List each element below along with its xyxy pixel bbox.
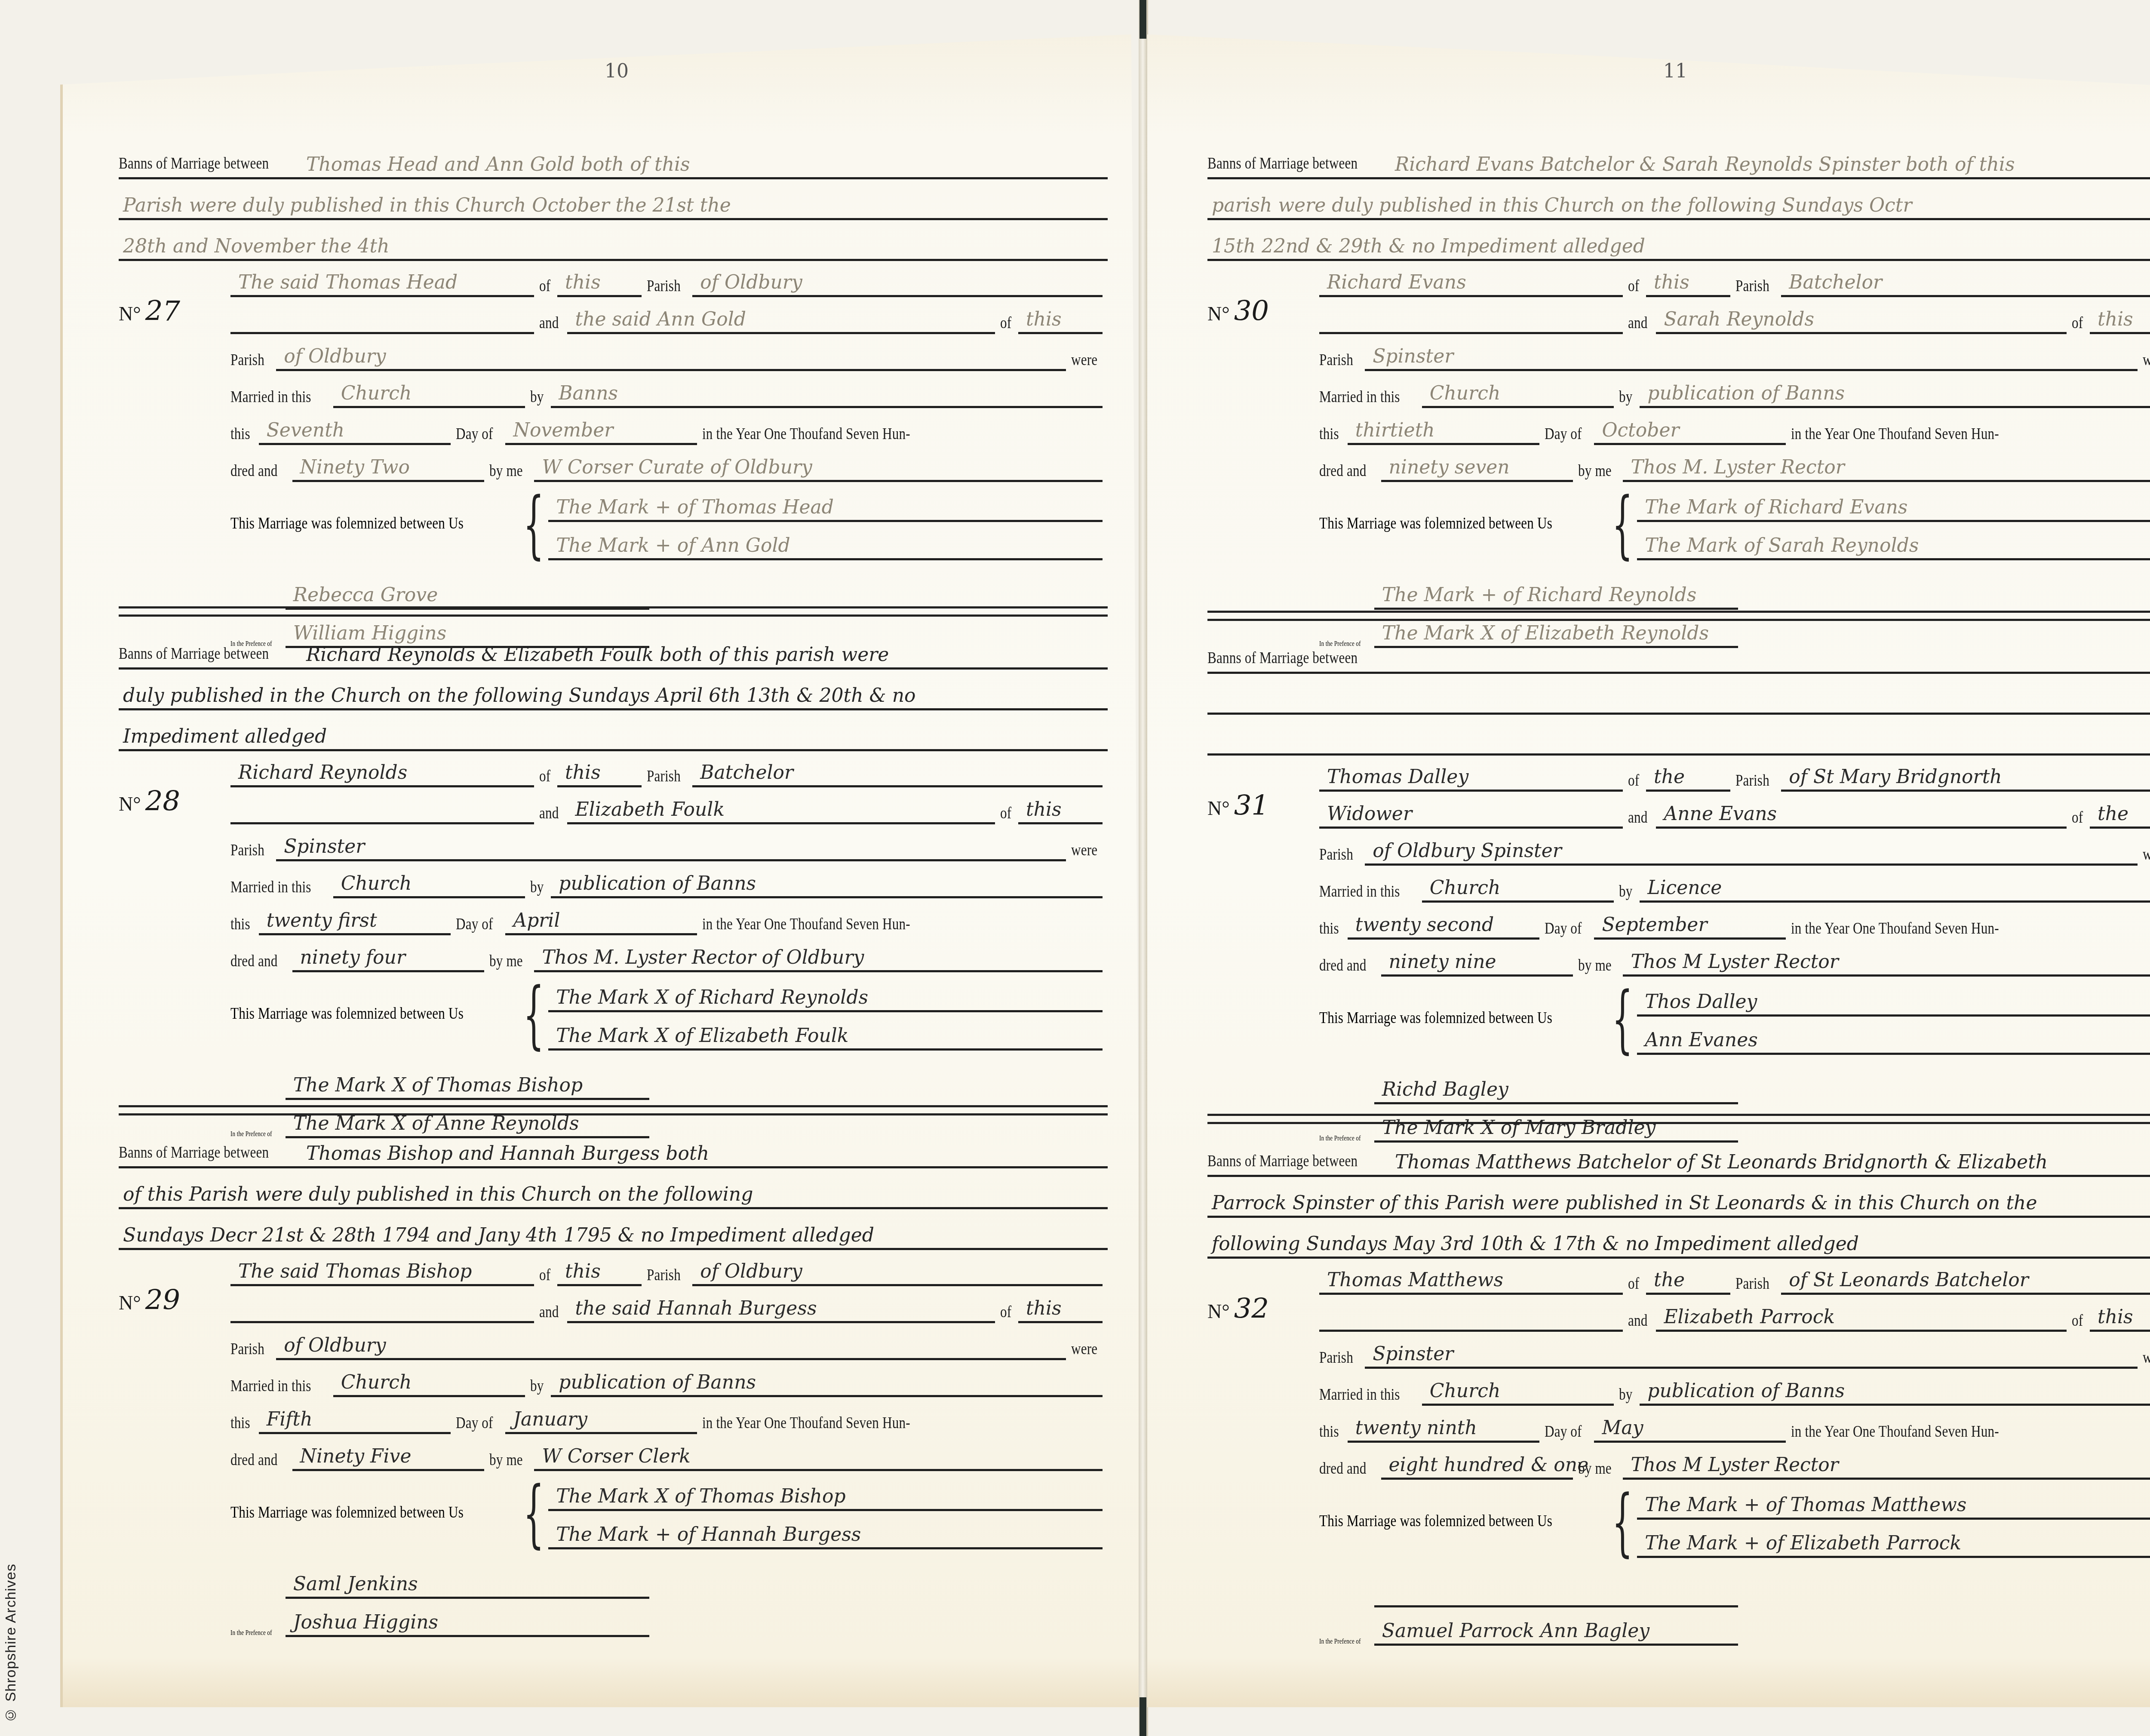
- banns-label: Banns of Marriage between: [119, 154, 273, 175]
- witness-signature: Joshua Higgins: [286, 1601, 649, 1637]
- marriage-month: January: [505, 1408, 697, 1434]
- witness-signature: [1374, 1572, 1738, 1607]
- groom-name: Richard Reynolds: [230, 762, 534, 787]
- entry-number: N°28: [119, 786, 180, 817]
- party-signature: The Mark of Sarah Reynolds: [1637, 525, 2150, 560]
- banns-section: Banns of Marriage between Thomas Head an…: [119, 138, 1108, 261]
- marriage-day: Fifth: [259, 1408, 451, 1434]
- left-page: 10 Banns of Marriage between Thomas Head…: [60, 34, 1142, 1707]
- groom-status: [230, 820, 534, 824]
- marriage-method: publication of Banns: [551, 873, 1103, 898]
- party-signature: Thos Dalley: [1637, 981, 2150, 1017]
- groom-status: [1319, 330, 1623, 334]
- groom-parish: of Oldbury: [692, 1260, 1103, 1286]
- groom-parish: Batchelor: [1781, 271, 2150, 297]
- witness-signature: Samuel Parrock Ann Bagley: [1374, 1610, 1738, 1646]
- marriage-year: Ninety Two: [292, 456, 484, 482]
- folio-number: 10: [605, 60, 629, 82]
- party-signature: The Mark X of Elizabeth Foulk: [548, 1015, 1103, 1051]
- marriage-entry: Banns of Marriage between Richard Evans …: [1207, 116, 2150, 651]
- party-signature: The Mark + of Thomas Head: [548, 486, 1103, 522]
- entry-number: N°32: [1207, 1293, 1269, 1325]
- groom-parish: Batchelor: [692, 762, 1103, 787]
- party-signature: The Mark + of Thomas Matthews: [1637, 1484, 2150, 1520]
- marriage-method: publication of Banns: [551, 1371, 1103, 1397]
- party-signature: The Mark X of Thomas Bishop: [548, 1475, 1103, 1511]
- banns-section: Banns of Marriage between Richard Evans …: [1207, 138, 2150, 261]
- marriage-entry: Banns of Marriage between N°31 Thomas Da…: [1207, 611, 2150, 1145]
- bride-name: Elizabeth Foulk: [567, 799, 995, 824]
- folio-number: 11: [1663, 60, 1687, 82]
- entry-divider: [1207, 619, 2150, 621]
- groom-name: The said Thomas Head: [230, 271, 534, 297]
- banns-label: Banns of Marriage between: [119, 644, 273, 666]
- marriage-year: ninety seven: [1381, 456, 1573, 482]
- bride-parish: of Oldbury: [276, 345, 1066, 371]
- party-signature: The Mark X of Richard Reynolds: [548, 977, 1103, 1012]
- groom-status: [230, 1319, 534, 1323]
- witness-signature: Richd Bagley: [1374, 1069, 1738, 1104]
- party-signature: The Mark of Richard Evans: [1637, 486, 2150, 522]
- officiant: Thos M. Lyster Rector of Oldbury: [534, 946, 1103, 972]
- marriage-entry: Banns of Marriage between Thomas Matthew…: [1207, 1114, 2150, 1648]
- marriage-year: ninety nine: [1381, 951, 1573, 977]
- marriage-month: October: [1594, 419, 1786, 445]
- marriage-place: Church: [1422, 382, 1614, 408]
- marriage-day: twenty first: [259, 909, 451, 935]
- banns-section: Banns of Marriage between Richard Reynol…: [119, 629, 1108, 751]
- entry-number: N°31: [1207, 790, 1269, 822]
- marriage-method: publication of Banns: [1640, 382, 2150, 408]
- marriage-day: twenty ninth: [1348, 1417, 1539, 1443]
- brace-icon: {: [1612, 488, 1633, 561]
- brace-icon: {: [1612, 983, 1633, 1056]
- bride-parish: Spinster: [276, 836, 1066, 861]
- banns-label: Banns of Marriage between: [1207, 648, 1361, 670]
- brace-icon: {: [523, 488, 544, 561]
- banns-text: Thomas Head and Ann Gold both of this: [306, 154, 690, 175]
- marriage-method: publication of Banns: [1640, 1380, 2150, 1406]
- witness-signature: Saml Jenkins: [286, 1563, 649, 1599]
- book-gutter: [1139, 0, 1148, 1736]
- banns-text: Thomas Matthews Batchelor of St Leonards…: [1395, 1151, 2048, 1173]
- banns-section: Banns of Marriage between Thomas Matthew…: [1207, 1136, 2150, 1259]
- marriage-place: Church: [333, 873, 525, 898]
- marriage-year: eight hundred & one: [1381, 1454, 1573, 1480]
- marriage-day: twenty second: [1348, 914, 1539, 940]
- entry-divider: [119, 1105, 1108, 1107]
- banns-label: Banns of Marriage between: [119, 1143, 273, 1165]
- entry-number: N°29: [119, 1284, 180, 1316]
- binding-tab: [1139, 1697, 1146, 1736]
- groom-status: [1319, 1328, 1623, 1332]
- bride-parish: Spinster: [1365, 345, 2138, 371]
- marriage-place: Church: [1422, 1380, 1614, 1406]
- banns-section: Banns of Marriage between Thomas Bishop …: [119, 1128, 1108, 1250]
- groom-parish: of St Mary Bridgnorth: [1781, 766, 2150, 792]
- bride-name: the said Hannah Burgess: [567, 1297, 995, 1323]
- marriage-entry: Banns of Marriage between Thomas Head an…: [119, 116, 1108, 651]
- banns-section: Banns of Marriage between: [1207, 633, 2150, 756]
- party-signature: The Mark + of Hannah Burgess: [548, 1514, 1103, 1549]
- brace-icon: {: [1612, 1486, 1633, 1559]
- brace-icon: {: [523, 1477, 544, 1550]
- marriage-month: May: [1594, 1417, 1786, 1443]
- marriage-day: Seventh: [259, 419, 451, 445]
- marriage-day: thirtieth: [1348, 419, 1539, 445]
- officiant: Thos M Lyster Rector: [1623, 1454, 2150, 1480]
- bride-name: Sarah Reynolds: [1656, 308, 2066, 334]
- entry-divider: [1207, 1122, 2150, 1124]
- banns-text: Thomas Bishop and Hannah Burgess both: [306, 1143, 709, 1165]
- marriage-year: Ninety Five: [292, 1445, 484, 1471]
- marriage-entry: Banns of Marriage between Thomas Bishop …: [119, 1105, 1108, 1640]
- entry-number: N°30: [1207, 295, 1269, 327]
- bride-name: Elizabeth Parrock: [1656, 1306, 2066, 1332]
- groom-status: Widower: [1319, 803, 1623, 829]
- banns-text: Parish were duly published in this Churc…: [123, 194, 731, 216]
- banns-label: Banns of Marriage between: [1207, 154, 1361, 175]
- officiant: W Corser Clerk: [534, 1445, 1103, 1471]
- marriage-month: November: [505, 419, 697, 445]
- bride-parish: of Oldbury: [276, 1334, 1066, 1360]
- bride-name: the said Ann Gold: [567, 308, 995, 334]
- entry-divider: [119, 606, 1108, 608]
- groom-name: Thomas Dalley: [1319, 766, 1623, 792]
- party-signature: The Mark + of Elizabeth Parrock: [1637, 1522, 2150, 1558]
- officiant: Thos M Lyster Rector: [1623, 951, 2150, 977]
- groom-name: The said Thomas Bishop: [230, 1260, 534, 1286]
- banns-text: Richard Evans Batchelor & Sarah Reynolds…: [1395, 154, 2015, 175]
- officiant: Thos M. Lyster Rector: [1623, 456, 2150, 482]
- binding-tab: [1139, 0, 1146, 39]
- entry-number: N°27: [119, 295, 180, 327]
- officiant: W Corser Curate of Oldbury: [534, 456, 1103, 482]
- witness-signature: The Mark + of Richard Reynolds: [1374, 574, 1738, 610]
- marriage-year: ninety four: [292, 946, 484, 972]
- groom-name: Richard Evans: [1319, 271, 1623, 297]
- groom-status: [230, 330, 534, 334]
- marriage-method: Licence: [1640, 877, 2150, 903]
- bride-parish: of Oldbury Spinster: [1365, 840, 2138, 866]
- groom-parish: of St Leonards Batchelor: [1781, 1269, 2150, 1295]
- party-signature: The Mark + of Ann Gold: [548, 525, 1103, 560]
- entry-divider: [1207, 1114, 2150, 1116]
- banns-text: Richard Reynolds & Elizabeth Foulk both …: [306, 644, 889, 666]
- entry-divider: [119, 1113, 1108, 1115]
- banns-text: of this Parish were duly published in th…: [123, 1183, 753, 1205]
- banns-text: Parrock Spinster of this Parish were pub…: [1212, 1192, 2037, 1214]
- bride-name: Anne Evans: [1656, 803, 2066, 829]
- marriage-entry: Banns of Marriage between Richard Reynol…: [119, 606, 1108, 1141]
- groom-parish: of Oldbury: [692, 271, 1103, 297]
- copyright-credit: © Shropshire Archives: [3, 1564, 19, 1723]
- marriage-place: Church: [1422, 877, 1614, 903]
- witness-signature: Rebecca Grove: [286, 574, 649, 610]
- groom-name: Thomas Matthews: [1319, 1269, 1623, 1295]
- entry-divider: [119, 615, 1108, 617]
- bride-parish: Spinster: [1365, 1343, 2138, 1369]
- witness-signature: The Mark X of Thomas Bishop: [286, 1064, 649, 1100]
- marriage-method: Banns: [551, 382, 1103, 408]
- banns-text: duly published in the Church on the foll…: [123, 685, 916, 707]
- marriage-month: September: [1594, 914, 1786, 940]
- marriage-month: April: [505, 909, 697, 935]
- brace-icon: {: [523, 978, 544, 1051]
- banns-text: 28th and November the 4th: [123, 235, 390, 257]
- marriage-place: Church: [333, 382, 525, 408]
- party-signature: Ann Evanes: [1637, 1019, 2150, 1055]
- banns-text: Impediment alledged: [123, 725, 327, 747]
- entry-divider: [1207, 611, 2150, 613]
- banns-text: 15th 22nd & 29th & no Impediment alledge…: [1212, 235, 1645, 257]
- banns-text: parish were duly published in this Churc…: [1212, 194, 1912, 216]
- right-page: 11 Banns of Marriage between Richard Eva…: [1147, 34, 2150, 1707]
- marriage-place: Church: [333, 1371, 525, 1397]
- banns-label: Banns of Marriage between: [1207, 1152, 1361, 1173]
- banns-text: Sundays Decr 21st & 28th 1794 and Jany 4…: [123, 1224, 874, 1246]
- banns-text: following Sundays May 3rd 10th & 17th & …: [1212, 1233, 1859, 1255]
